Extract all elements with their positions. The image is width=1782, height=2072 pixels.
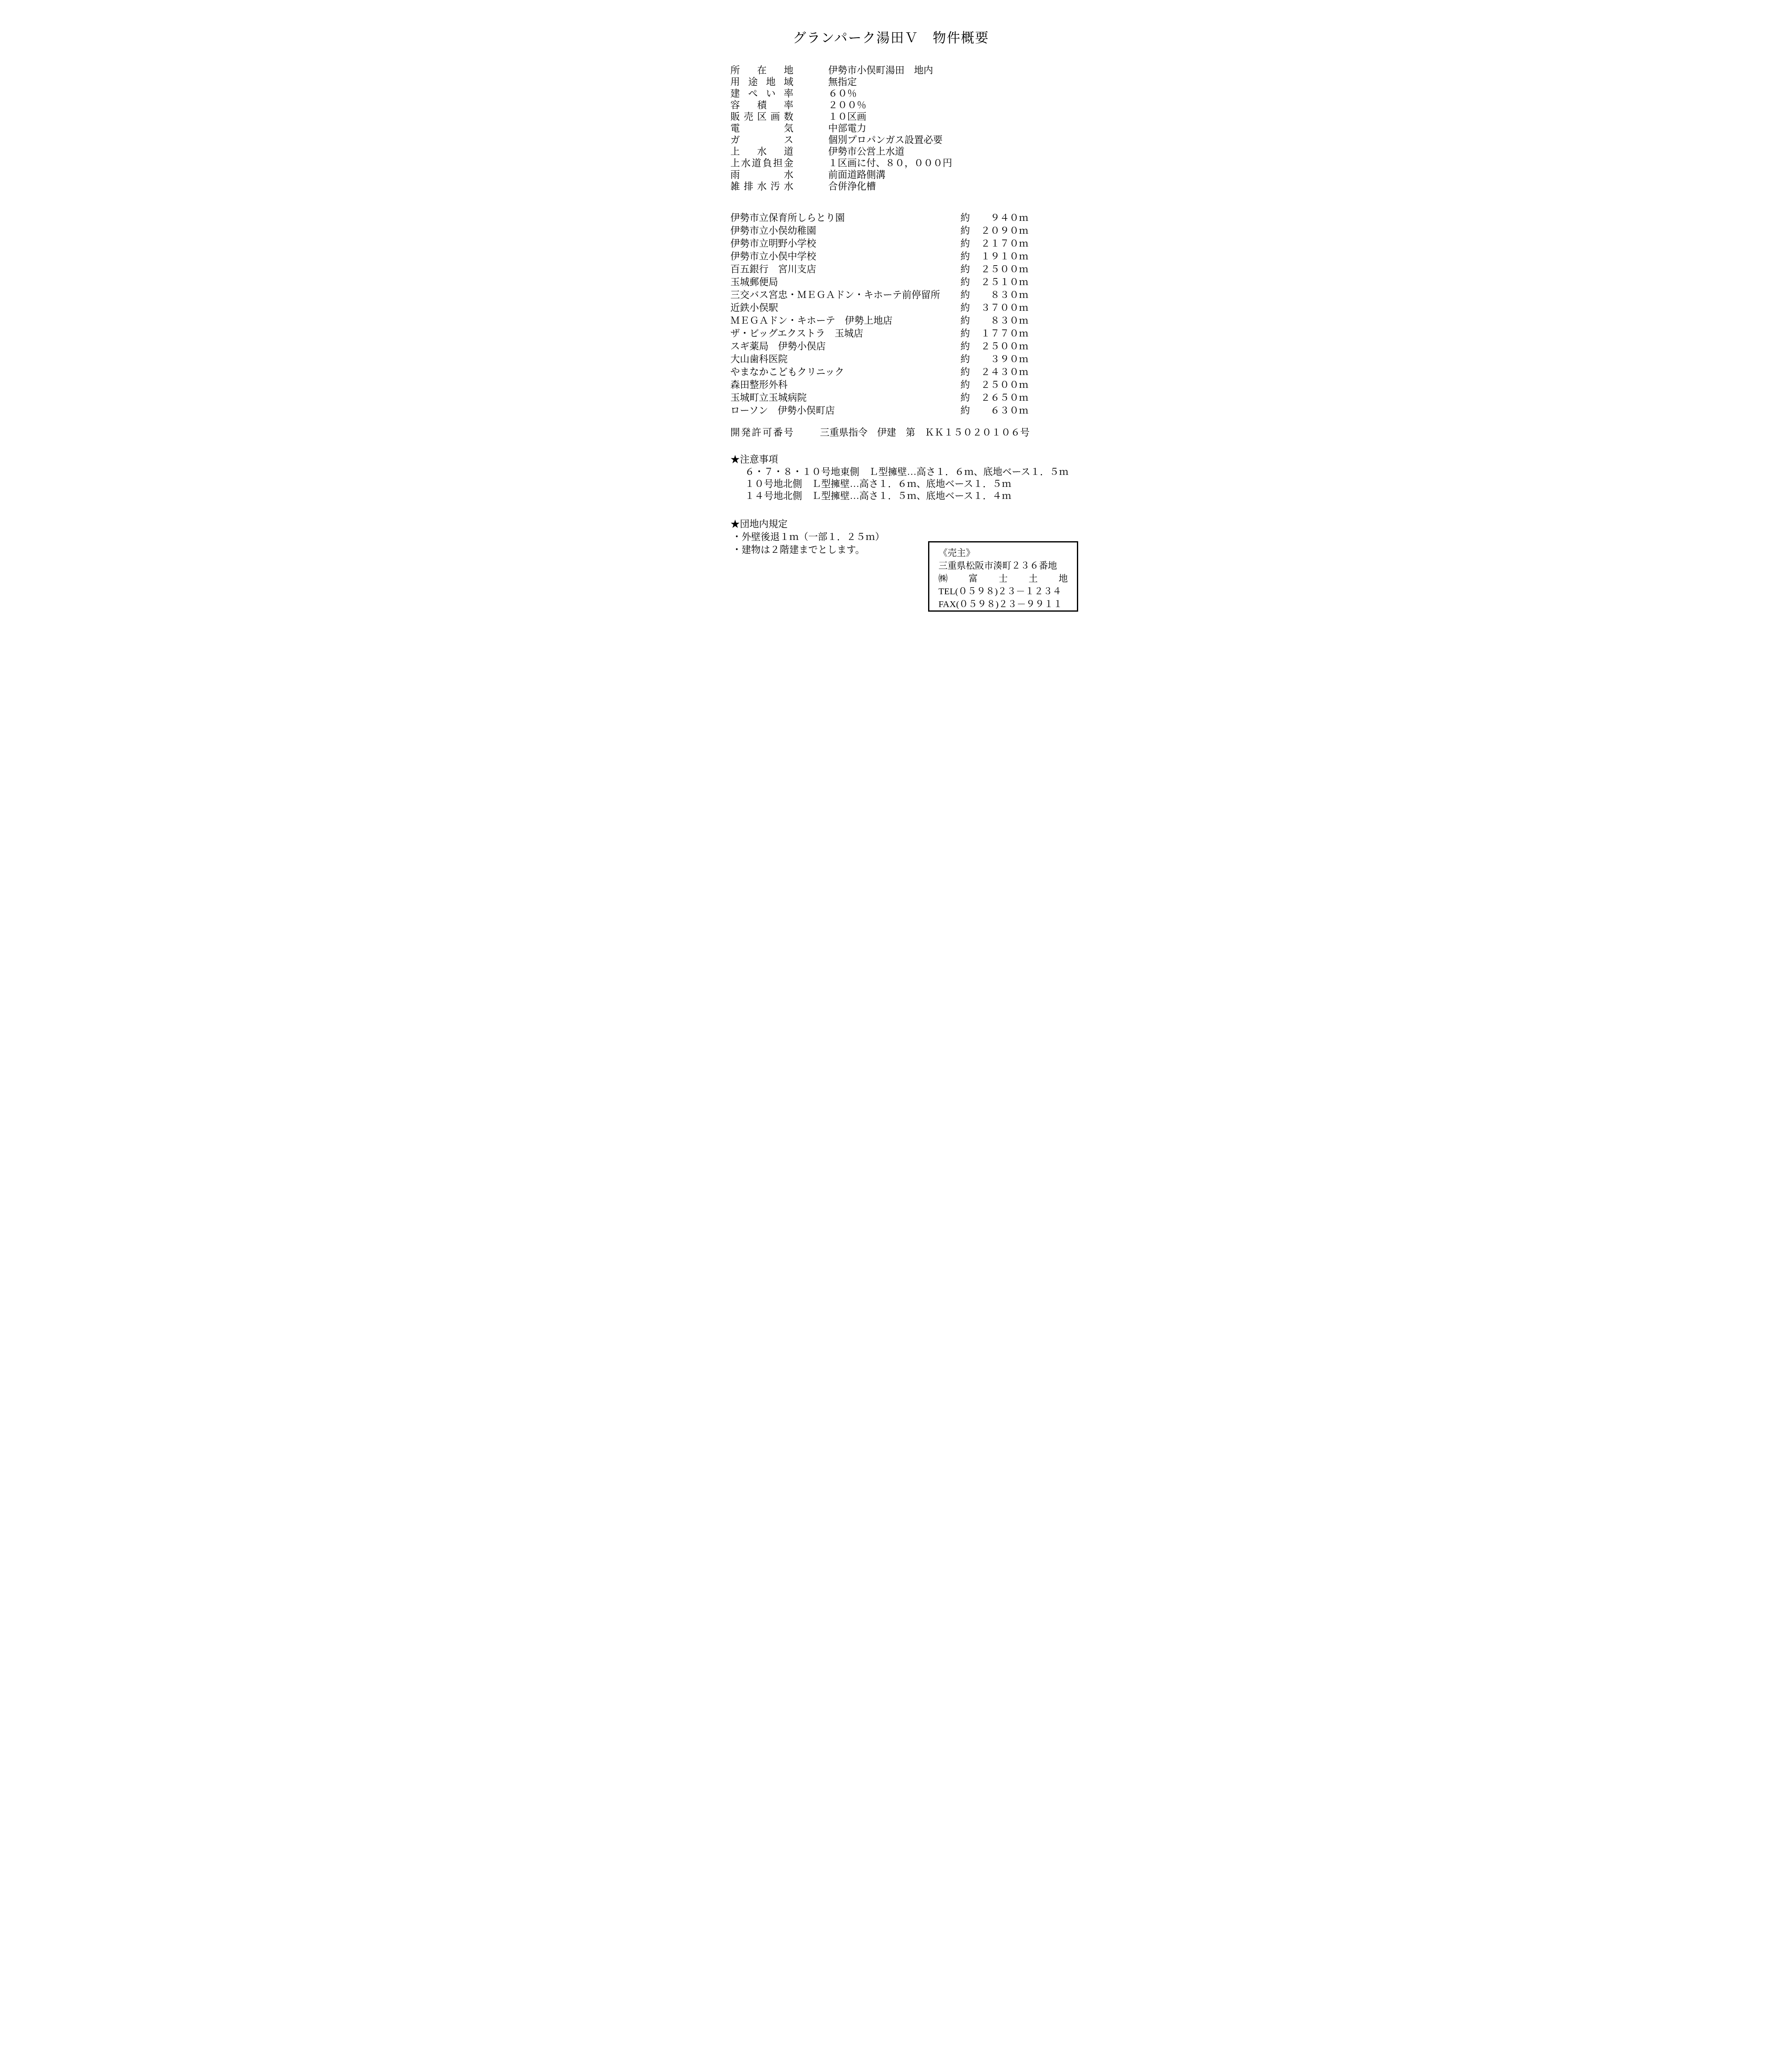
property-label: 電気 [730,123,793,134]
approx-label: 約 [960,327,970,340]
approx-label: 約 [960,378,970,391]
approx-label: 約 [960,250,970,263]
property-value: １区画に付、８０，０００円 [828,157,952,169]
property-value: 個別プロパンガス設置必要 [828,134,943,146]
development-permit-label: 開発許可番号 [730,427,793,438]
facility-name: 伊勢市立小俣幼稚園 [730,224,960,237]
property-value: 合併浄化槽 [828,181,876,192]
property-value: ２００％ [828,99,866,111]
property-row: 建ぺい率 ６０％ [730,88,1114,99]
property-value: 前面道路側溝 [828,169,885,181]
facility-distance: ２０９０ｍ [970,224,1028,237]
property-overview-document: グランパーク湯田Ｖ 物件概要 所在地 伊勢市小俣町湯田 地内 用途地域 無指定 … [668,0,1114,629]
approx-label: 約 [960,288,970,301]
property-value: 伊勢市公営上水道 [828,146,904,157]
caution-line: ６・７・８・１０号地東側 Ｌ型擁壁…高さ１．６ｍ、底地ベース１．５ｍ [745,466,1114,478]
approx-label: 約 [960,211,970,224]
approx-label: 約 [960,404,970,417]
approx-label: 約 [960,340,970,353]
property-row: 用途地域 無指定 [730,76,1114,88]
facility-row: スギ薬局 伊勢小俣店 約 ２５００ｍ [730,340,1114,353]
property-label: 容積率 [730,99,793,111]
approx-label: 約 [960,366,970,378]
approx-label: 約 [960,237,970,250]
facility-distance: ６３０ｍ [970,404,1028,417]
property-value: 無指定 [828,76,857,88]
facility-name: 近鉄小俣駅 [730,301,960,314]
facility-row: 伊勢市立明野小学校 約 ２１７０ｍ [730,237,1114,250]
facility-name: やまなかこどもクリニック [730,366,960,378]
facility-row: やまなかこどもクリニック 約 ２４３０ｍ [730,366,1114,378]
facility-distance: ９４０ｍ [970,211,1028,224]
facility-distance: ２５００ｍ [970,378,1028,391]
facility-distance: ８３０ｍ [970,314,1028,327]
property-value: ６０％ [828,88,857,99]
seller-fax: FAX(０５９８)２３－９９１１ [938,598,1068,610]
facility-distance: ８３０ｍ [970,288,1028,301]
facility-name: 伊勢市立小俣中学校 [730,250,960,263]
property-value: 中部電力 [828,123,866,134]
facility-name: 三交バス宮忠・ＭＥＧＡドン・キホーテ前停留所 [730,288,960,301]
facility-distance: ２５００ｍ [970,263,1028,276]
facility-distance: ２５００ｍ [970,340,1028,353]
facility-distance: １７７０ｍ [970,327,1028,340]
property-label: ガス [730,134,793,146]
property-details-list: 所在地 伊勢市小俣町湯田 地内 用途地域 無指定 建ぺい率 ６０％ 容積率 ２０… [730,65,1114,192]
approx-label: 約 [960,353,970,366]
facility-name: 伊勢市立明野小学校 [730,237,960,250]
seller-info-box: 《売主》 三重県松阪市湊町２３６番地 ㈱富士土地 TEL(０５９８)２３－１２３… [928,541,1078,612]
property-label: 上水道負担金 [730,157,793,169]
approx-label: 約 [960,301,970,314]
facility-name: 百五銀行 宮川支店 [730,263,960,276]
property-label: 雨水 [730,169,793,181]
facility-row: 三交バス宮忠・ＭＥＧＡドン・キホーテ前停留所 約 ８３０ｍ [730,288,1114,301]
property-label: 上水道 [730,146,793,157]
facility-distance: ２６５０ｍ [970,391,1028,404]
facility-name: ＭＥＧＡドン・キホーテ 伊勢上地店 [730,314,960,327]
nearby-facilities-list: 伊勢市立保育所しらとり園 約 ９４０ｍ 伊勢市立小俣幼稚園 約 ２０９０ｍ 伊勢… [730,211,1114,417]
property-row: 販売区画数 １０区画 [730,111,1114,123]
property-label: 所在地 [730,65,793,76]
caution-line: １４号地北側 Ｌ型擁壁…高さ１．５ｍ、底地ベース１．４ｍ [745,490,1114,502]
facility-name: 大山歯科医院 [730,353,960,366]
facility-distance: ２４３０ｍ [970,366,1028,378]
property-row: 所在地 伊勢市小俣町湯田 地内 [730,65,1114,76]
facility-name: 伊勢市立保育所しらとり園 [730,211,960,224]
facility-distance: ３９０ｍ [970,353,1028,366]
property-value: １０区画 [828,111,866,123]
facility-row: 玉城町立玉城病院 約 ２６５０ｍ [730,391,1114,404]
approx-label: 約 [960,391,970,404]
property-row: 上水道負担金 １区画に付、８０，０００円 [730,157,1114,169]
facility-row: 大山歯科医院 約 ３９０ｍ [730,353,1114,366]
approx-label: 約 [960,276,970,288]
facility-row: 近鉄小俣駅 約 ３７００ｍ [730,301,1114,314]
facility-row: ＭＥＧＡドン・キホーテ 伊勢上地店 約 ８３０ｍ [730,314,1114,327]
property-value: 伊勢市小俣町湯田 地内 [828,65,933,76]
development-permit-row: 開発許可番号 三重県指令 伊建 第 ＫＫ１５０２０１０６号 [730,427,1114,438]
facility-distance: １９１０ｍ [970,250,1028,263]
seller-tel: TEL(０５９８)２３－１２３４ [938,585,1068,598]
facility-name: 玉城町立玉城病院 [730,391,960,404]
facility-name: 玉城郵便局 [730,276,960,288]
facility-row: ザ・ビッグエクストラ 玉城店 約 １７７０ｍ [730,327,1114,340]
property-label: 販売区画数 [730,111,793,123]
approx-label: 約 [960,314,970,327]
property-row: ガス 個別プロパンガス設置必要 [730,134,1114,146]
facility-row: 伊勢市立小俣幼稚園 約 ２０９０ｍ [730,224,1114,237]
cautions-section: ★注意事項 ６・７・８・１０号地東側 Ｌ型擁壁…高さ１．６ｍ、底地ベース１．５ｍ… [730,453,1114,502]
facility-name: スギ薬局 伊勢小俣店 [730,340,960,353]
estate-rules-heading: ★団地内規定 [730,518,1114,530]
development-permit-number: 三重県指令 伊建 第 ＫＫ１５０２０１０６号 [820,427,1030,438]
cautions-list: ６・７・８・１０号地東側 Ｌ型擁壁…高さ１．６ｍ、底地ベース１．５ｍ １０号地北… [730,466,1114,502]
facility-row: 百五銀行 宮川支店 約 ２５００ｍ [730,263,1114,276]
property-row: 上水道 伊勢市公営上水道 [730,146,1114,157]
facility-name: ザ・ビッグエクストラ 玉城店 [730,327,960,340]
seller-address: 三重県松阪市湊町２３６番地 [938,559,1068,572]
property-row: 容積率 ２００％ [730,99,1114,111]
facility-row: 伊勢市立保育所しらとり園 約 ９４０ｍ [730,211,1114,224]
facility-name: 森田整形外科 [730,378,960,391]
property-label: 用途地域 [730,76,793,88]
property-label: 建ぺい率 [730,88,793,99]
facility-row: 森田整形外科 約 ２５００ｍ [730,378,1114,391]
facility-row: 伊勢市立小俣中学校 約 １９１０ｍ [730,250,1114,263]
facility-distance: ２１７０ｍ [970,237,1028,250]
property-row: 電気 中部電力 [730,123,1114,134]
property-row: 雨水 前面道路側溝 [730,169,1114,181]
cautions-heading: ★注意事項 [730,453,1114,466]
facility-distance: ３７００ｍ [970,301,1028,314]
facility-distance: ２５１０ｍ [970,276,1028,288]
property-row: 雑排水汚水 合併浄化槽 [730,181,1114,192]
seller-company-name: ㈱富士土地 [938,572,1068,585]
facility-row: ローソン 伊勢小俣町店 約 ６３０ｍ [730,404,1114,417]
facility-row: 玉城郵便局 約 ２５１０ｍ [730,276,1114,288]
page-title: グランパーク湯田Ｖ 物件概要 [668,0,1114,46]
caution-line: １０号地北側 Ｌ型擁壁…高さ１．６ｍ、底地ベース１．５ｍ [745,478,1114,490]
property-label: 雑排水汚水 [730,181,793,192]
facility-name: ローソン 伊勢小俣町店 [730,404,960,417]
approx-label: 約 [960,224,970,237]
seller-heading: 《売主》 [938,546,1068,559]
approx-label: 約 [960,263,970,276]
